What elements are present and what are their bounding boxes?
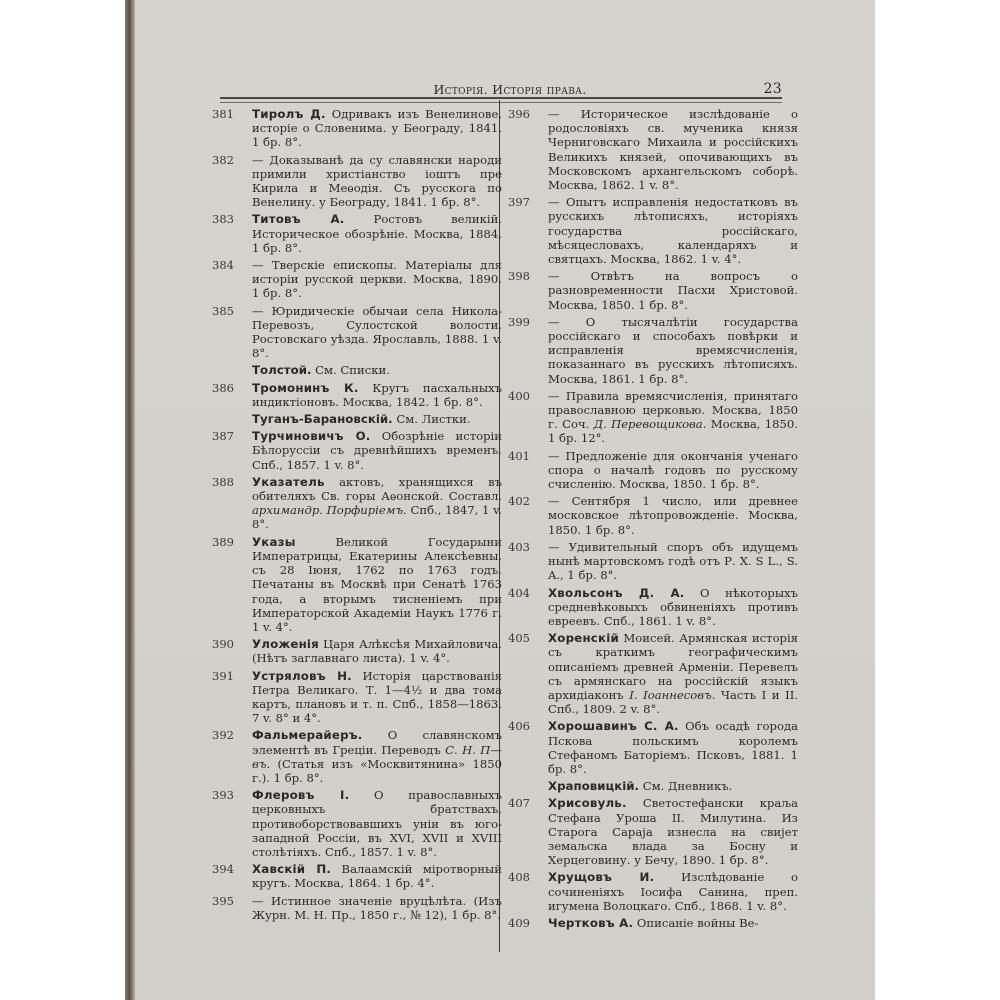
entry-number: 383 — [212, 212, 246, 226]
xref-text: См. Дневникъ. — [639, 779, 732, 793]
entry-author: Тиролъ Д. — [252, 107, 326, 121]
left-column: 381Тиролъ Д. Одривакъ изъ Венелинове, ис… — [212, 107, 502, 925]
catalog-entry-401: 401— Предложеніе для окончанія ученаго с… — [508, 449, 798, 492]
catalog-entry-399: 399— О тысячалѣтіи государства россійска… — [508, 315, 798, 386]
entry-number: 385 — [212, 304, 246, 318]
catalog-entry-400: 400— Правила времясчисленія, принятаго п… — [508, 389, 798, 446]
entry-author: Хавскій П. — [252, 862, 331, 876]
entry-number: 381 — [212, 107, 246, 121]
entry-number: 402 — [508, 494, 542, 508]
catalog-entry-392: 392Фальмерайеръ. О славянскомъ элементѣ … — [212, 728, 502, 785]
catalog-entry-393: 393Флеровъ І. О православныхъ церковныхъ… — [212, 788, 502, 859]
catalog-entry-405: 405Хоренскій Моисей. Армянская исторія с… — [508, 631, 798, 716]
entry-compiler: архимандр. Порфиріемъ. — [252, 503, 407, 517]
catalog-entry-395: 395— Истинное значеніе вруцѣлѣта. (Изъ Ж… — [212, 894, 502, 922]
entry-number: 390 — [212, 637, 246, 651]
header-rule — [220, 97, 782, 103]
entry-author: Тромонинъ К. — [252, 381, 359, 395]
entry-author: Хоренскій — [548, 631, 619, 645]
entry-author: Титовъ А. — [252, 212, 344, 226]
cross-reference-tolstoy: Толстой. См. Списки. — [212, 363, 502, 377]
xref-text: См. Листки. — [393, 412, 471, 426]
entry-author: Турчиновичъ О. — [252, 429, 371, 443]
cross-reference-tugan: Туганъ-Барановскій. См. Листки. — [212, 412, 502, 426]
entry-text: — Юридическіе обычаи села Никола-Перевоз… — [252, 304, 502, 361]
entry-author: Хрущовъ И. — [548, 870, 654, 884]
entry-number: 384 — [212, 258, 246, 272]
catalog-entry-388: 388Указатель актовъ, хранящихся въ обите… — [212, 475, 502, 532]
entry-number: 404 — [508, 586, 542, 600]
catalog-entry-394: 394Хавскій П. Валаамскій міротворный кру… — [212, 862, 502, 890]
entry-number: 387 — [212, 429, 246, 443]
catalog-entry-407: 407Хрисовуль. Светостефански краља Стефа… — [508, 796, 798, 867]
catalog-entry-406: 406Хорошавинъ С. А. Объ осадѣ города Пск… — [508, 719, 798, 776]
entry-number: 405 — [508, 631, 542, 645]
entry-number: 408 — [508, 870, 542, 884]
catalog-entry-397: 397— Опытъ исправленія недостатковъ въ р… — [508, 195, 798, 266]
catalog-entry-396: 396— Историческое изслѣдованіе о родосло… — [508, 107, 798, 192]
entry-number: 407 — [508, 796, 542, 810]
entry-author: Устряловъ Н. — [252, 669, 352, 683]
entry-translator: І. Іоаннесовъ. — [629, 688, 715, 702]
catalog-entry-383: 383Титовъ А. Ростовъ великій. Историческ… — [212, 212, 502, 255]
entry-text: (Статья изъ «Москвитянина» 1850 г.). 1 б… — [252, 757, 502, 785]
entry-number: 396 — [508, 107, 542, 121]
entry-number: 395 — [212, 894, 246, 908]
entry-number: 386 — [212, 381, 246, 395]
entry-number: 394 — [212, 862, 246, 876]
catalog-entry-386: 386Тромонинъ К. Кругъ пасхальныхъ индикт… — [212, 381, 502, 409]
entry-text: — Опытъ исправленія недостатковъ въ русс… — [548, 195, 798, 266]
entry-number: 406 — [508, 719, 542, 733]
entry-number: 391 — [212, 669, 246, 683]
catalog-entry-402: 402— Сентября 1 число, или древнее моско… — [508, 494, 798, 537]
entry-number: 392 — [212, 728, 246, 742]
entry-number: 393 — [212, 788, 246, 802]
xref-author: Храповицкій. — [548, 779, 639, 793]
entry-number: 400 — [508, 389, 542, 403]
entry-number: 389 — [212, 535, 246, 549]
entry-author: Фальмерайеръ. — [252, 728, 362, 742]
entry-number: 399 — [508, 315, 542, 329]
entry-number: 409 — [508, 916, 542, 930]
entry-number: 397 — [508, 195, 542, 209]
entry-number: 398 — [508, 269, 542, 283]
entry-text: — Доказыванѣ да су славянски народи прим… — [252, 153, 502, 210]
catalog-entry-385: 385— Юридическіе обычаи села Никола-Пере… — [212, 304, 502, 361]
entry-text: Описаніе войны Ве- — [633, 916, 758, 930]
entry-author: Флеровъ І. — [252, 788, 349, 802]
book-binding-edge — [125, 0, 135, 1000]
right-column: 396— Историческое изслѣдованіе о родосло… — [508, 107, 798, 933]
catalog-entry-381: 381Тиролъ Д. Одривакъ изъ Венелинове, ис… — [212, 107, 502, 150]
entry-author: Уложенія — [252, 637, 319, 651]
entry-number: 403 — [508, 540, 542, 554]
entry-author: Указатель — [252, 475, 325, 489]
entry-text: — О тысячалѣтіи государства россійскаго … — [548, 315, 798, 386]
catalog-entry-409: 409Чертковъ А. Описаніе войны Ве- — [508, 916, 798, 930]
entry-number: 382 — [212, 153, 246, 167]
catalog-entry-389: 389Указы Великой Государыни Императрицы,… — [212, 535, 502, 634]
entry-author-italic: Д. Перевощикова. — [594, 417, 707, 431]
cross-reference-khrapovitsky: Храповицкій. См. Дневникъ. — [508, 779, 798, 793]
xref-author: Туганъ-Барановскій. — [252, 412, 393, 426]
catalog-entry-384: 384— Тверскіе епископы. Матеріалы для ис… — [212, 258, 502, 301]
catalog-entry-404: 404Хвольсонъ Д. А. О нѣкоторыхъ средневѣ… — [508, 586, 798, 629]
entry-author: Чертковъ А. — [548, 916, 633, 930]
catalog-entry-408: 408Хрущовъ И. Изслѣдованіе о сочиненіяхъ… — [508, 870, 798, 913]
entry-author: Хрисовуль. — [548, 796, 627, 810]
catalog-entry-390: 390Уложенія Царя Алѣксѣя Михайловича. (Н… — [212, 637, 502, 665]
entry-author: Указы — [252, 535, 296, 549]
xref-text: См. Списки. — [311, 363, 389, 377]
entry-text: — Удивительный споръ объ идущемъ нынѣ ма… — [548, 540, 798, 582]
catalog-entry-391: 391Устряловъ Н. Исторія царствованія Пет… — [212, 669, 502, 726]
entry-number: 388 — [212, 475, 246, 489]
xref-author: Толстой. — [252, 363, 311, 377]
catalog-entry-398: 398— Отвѣтъ на вопросъ о разновременност… — [508, 269, 798, 312]
entry-text: — Отвѣтъ на вопросъ о разновременности П… — [548, 269, 798, 311]
entry-text: — Тверскіе епископы. Матеріалы для истор… — [252, 258, 502, 300]
page-number: 23 — [764, 81, 782, 97]
catalog-entry-403: 403— Удивительный споръ объ идущемъ нынѣ… — [508, 540, 798, 583]
entry-text: — Сентября 1 число, или древнее московск… — [548, 494, 798, 536]
entry-text: Великой Государыни Императрицы, Екатерин… — [252, 535, 502, 634]
entry-text: — Истинное значеніе вруцѣлѣта. (Изъ Журн… — [252, 894, 502, 922]
entry-number: 401 — [508, 449, 542, 463]
catalog-entry-382: 382— Доказыванѣ да су славянски народи п… — [212, 153, 502, 210]
entry-text: — Историческое изслѣдованіе о родословія… — [548, 107, 798, 192]
entry-author: Хвольсонъ Д. А. — [548, 586, 684, 600]
entry-text: — Предложеніе для окончанія ученаго спор… — [548, 449, 798, 491]
catalog-entry-387: 387Турчиновичъ О. Обозрѣніе исторіи Бѣло… — [212, 429, 502, 472]
entry-author: Хорошавинъ С. А. — [548, 719, 679, 733]
section-title: Исторія. Исторія права. — [220, 82, 800, 97]
